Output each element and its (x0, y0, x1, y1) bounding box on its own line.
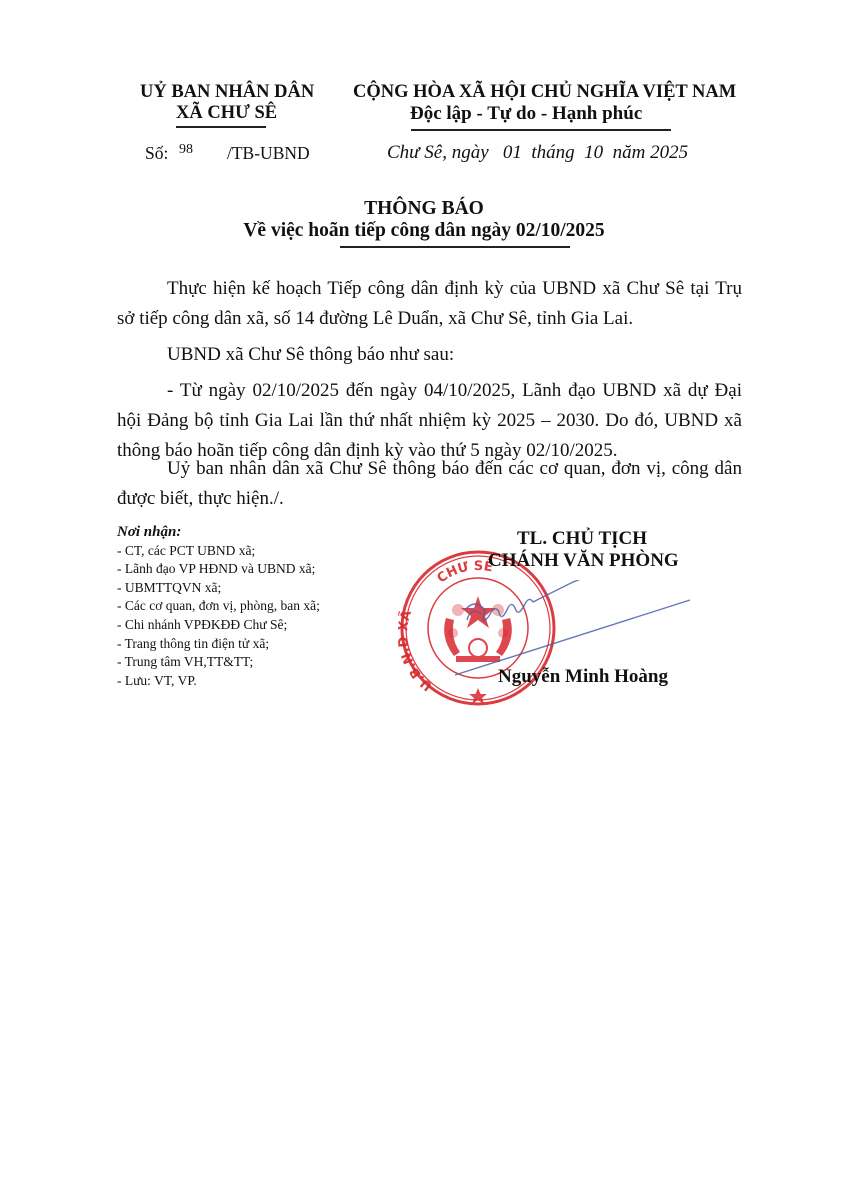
recipient-item: - Lưu: VT, VP. (117, 672, 320, 691)
body-paragraph-4: Uỷ ban nhân dân xã Chư Sê thông báo đến … (117, 454, 742, 514)
place-date: Chư Sê, ngày 01 tháng 10 năm 2025 (387, 142, 688, 164)
signer-name: Nguyễn Minh Hoàng (498, 666, 668, 688)
signature-position: CHÁNH VĂN PHÒNG (488, 550, 679, 572)
svg-text:U.B.N.D XÃ: U.B.N.D XÃ (398, 608, 436, 693)
body-paragraph-1: Thực hiện kế hoạch Tiếp công dân định kỳ… (117, 274, 742, 334)
doc-number-label: Số: (145, 143, 168, 164)
recipients-block: Nơi nhận: - CT, các PCT UBND xã; - Lãnh … (117, 523, 320, 690)
recipient-item: - Chi nhánh VPĐKĐĐ Chư Sê; (117, 616, 320, 635)
body-paragraph-3: - Từ ngày 02/10/2025 đến ngày 04/10/2025… (117, 376, 742, 466)
doc-code: /TB-UBND (227, 143, 310, 164)
agency-underline (176, 126, 266, 128)
agency-name-line2: XÃ CHƯ SÊ (176, 103, 277, 124)
signature-authority: TL. CHỦ TỊCH (517, 528, 647, 550)
handwritten-signature-icon (455, 580, 705, 680)
national-motto: Độc lập - Tự do - Hạnh phúc (410, 103, 642, 125)
motto-underline (411, 129, 671, 131)
recipient-item: - Lãnh đạo VP HĐND và UBND xã; (117, 560, 320, 579)
recipient-item: - CT, các PCT UBND xã; (117, 542, 320, 561)
recipient-item: - Trung tâm VH,TT&TT; (117, 653, 320, 672)
doc-number: 98 (179, 142, 193, 158)
body-paragraph-2: UBND xã Chư Sê thông báo như sau: (117, 340, 742, 370)
notice-title: THÔNG BÁO (0, 198, 848, 220)
notice-subject: Về việc hoãn tiếp công dân ngày 02/10/20… (0, 220, 848, 242)
recipients-title: Nơi nhận: (117, 523, 320, 542)
national-title: CỘNG HÒA XÃ HỘI CHỦ NGHĨA VIỆT NAM (353, 82, 736, 103)
recipient-item: - Trang thông tin điện tử xã; (117, 635, 320, 654)
recipient-item: - Các cơ quan, đơn vị, phòng, ban xã; (117, 597, 320, 616)
agency-name-line1: UỶ BAN NHÂN DÂN (140, 82, 314, 103)
subject-underline (340, 246, 570, 248)
recipient-item: - UBMTTQVN xã; (117, 579, 320, 598)
